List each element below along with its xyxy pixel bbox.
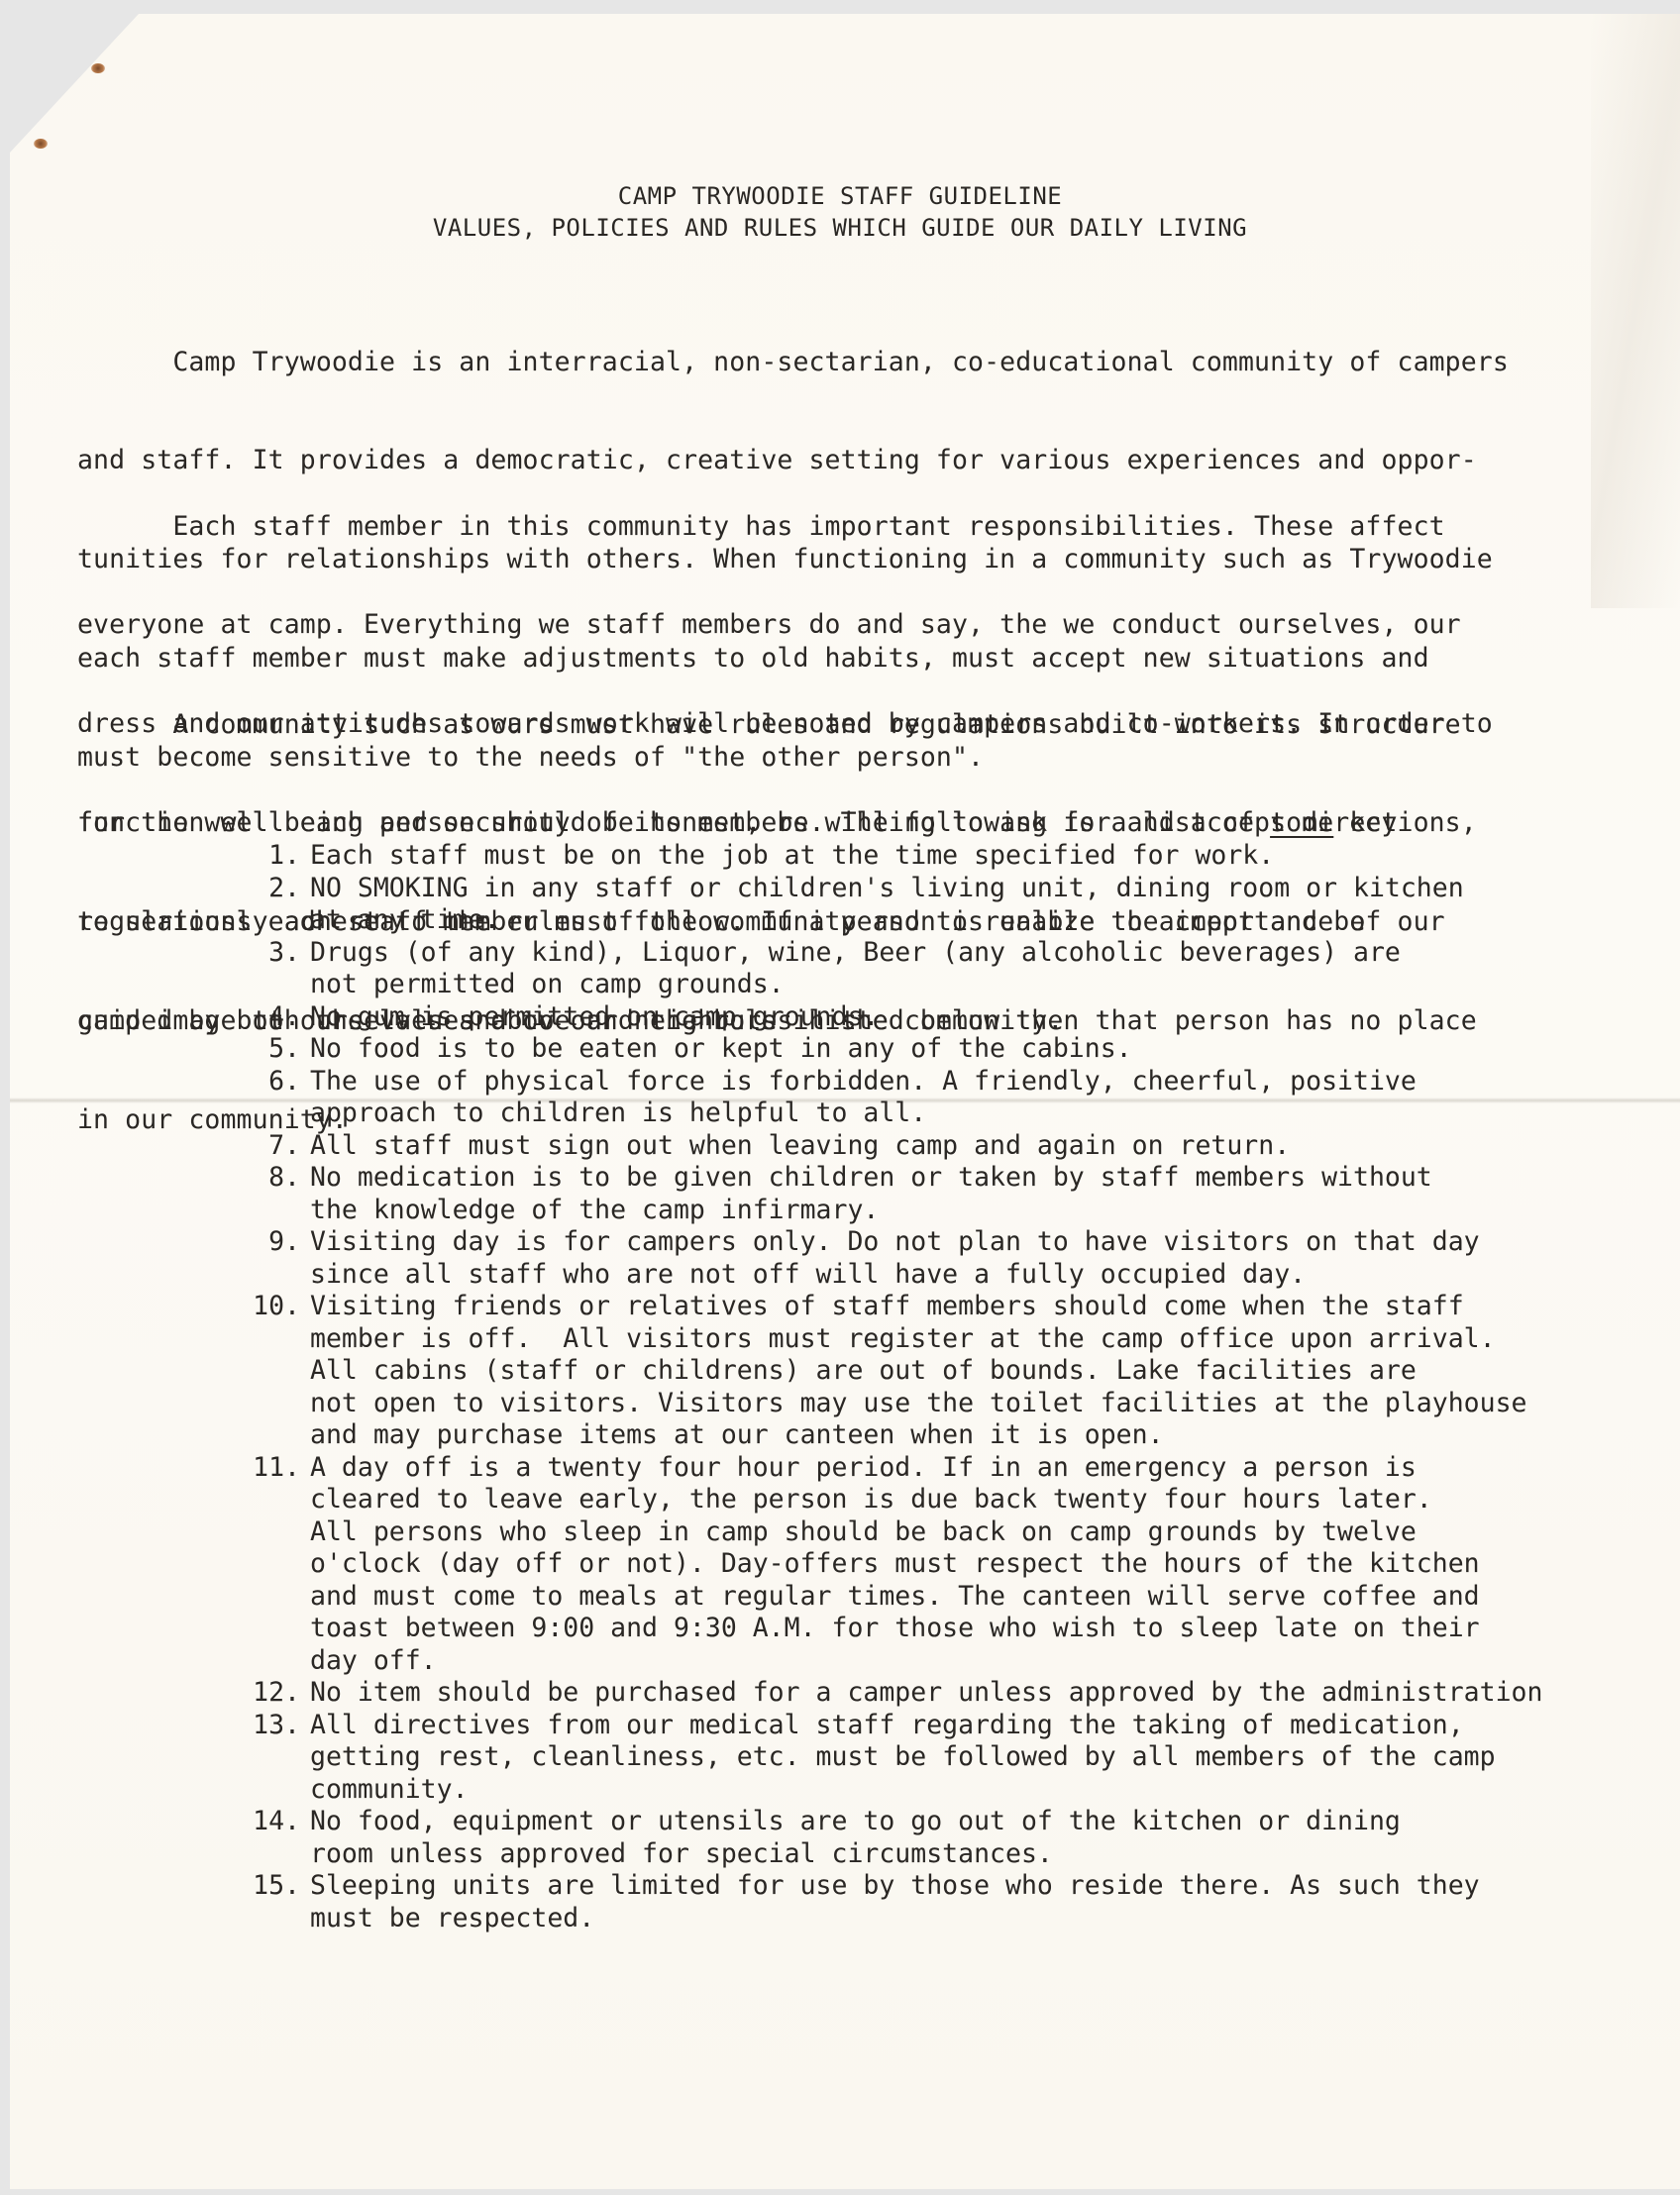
- rule-item-continuation: since all staff who are not off will hav…: [223, 1259, 1629, 1292]
- rule-number: 14.: [223, 1806, 310, 1838]
- rule-item: 5.No food is to be eaten or kept in any …: [223, 1033, 1629, 1066]
- paragraph-text: key: [1333, 807, 1397, 838]
- rule-number: 7.: [223, 1130, 310, 1163]
- rule-number: [223, 1516, 310, 1549]
- rule-text: Visiting day is for campers only. Do not…: [310, 1226, 1629, 1259]
- rule-number: [223, 1741, 310, 1774]
- rule-item: 11.A day off is a twenty four hour perio…: [223, 1452, 1629, 1485]
- rule-text: The use of physical force is forbidden. …: [310, 1066, 1629, 1098]
- rule-number: 1.: [223, 840, 310, 873]
- rule-number: [223, 1195, 310, 1227]
- paragraph-line: Each staff member in this community has …: [77, 510, 1563, 543]
- document-title: CAMP TRYWOODIE STAFF GUIDELINE: [0, 182, 1680, 210]
- rule-text: room unless approved for special circums…: [310, 1838, 1629, 1871]
- rule-item-continuation: All persons who sleep in camp should be …: [223, 1516, 1629, 1549]
- rule-item: 15.Sleeping units are limited for use by…: [223, 1870, 1629, 1903]
- rule-number: 3.: [223, 937, 310, 970]
- paragraph-line: Camp Trywoodie is an interracial, non-se…: [77, 346, 1563, 378]
- document-subtitle: VALUES, POLICIES AND RULES WHICH GUIDE O…: [0, 214, 1680, 242]
- rule-item-continuation: toast between 9:00 and 9:30 A.M. for tho…: [223, 1613, 1629, 1645]
- rule-number: [223, 1097, 310, 1130]
- rule-text: cleared to leave early, the person is du…: [310, 1484, 1629, 1516]
- rule-number: [223, 1323, 310, 1356]
- rule-text: since all staff who are not off will hav…: [310, 1259, 1629, 1292]
- rule-number: [223, 1388, 310, 1420]
- rule-number: 6.: [223, 1066, 310, 1098]
- rule-item: 4.No gum is permitted on camp grounds.: [223, 1001, 1629, 1034]
- rule-number: [223, 1548, 310, 1581]
- rule-item: 2.NO SMOKING in any staff or children's …: [223, 873, 1629, 905]
- rule-text: not permitted on camp grounds.: [310, 969, 1629, 1001]
- rules-list: 1.Each staff must be on the job at the t…: [223, 840, 1629, 1934]
- rule-number: [223, 1484, 310, 1516]
- rule-number: 11.: [223, 1452, 310, 1485]
- rule-item: 3.Drugs (of any kind), Liquor, wine, Bee…: [223, 937, 1629, 970]
- rule-text: getting rest, cleanliness, etc. must be …: [310, 1741, 1629, 1774]
- rule-number: 13.: [223, 1710, 310, 1742]
- rule-text: Drugs (of any kind), Liquor, wine, Beer …: [310, 937, 1629, 970]
- rule-item: 8.No medication is to be given children …: [223, 1162, 1629, 1195]
- staple-rust-mark: [34, 139, 48, 149]
- rule-item-continuation: not permitted on camp grounds.: [223, 969, 1629, 1001]
- rule-item: 10.Visiting friends or relatives of staf…: [223, 1291, 1629, 1323]
- rule-text: All cabins (staff or childrens) are out …: [310, 1355, 1629, 1388]
- rule-number: [223, 1259, 310, 1292]
- rule-text: member is off. All visitors must registe…: [310, 1323, 1629, 1356]
- rule-text: All persons who sleep in camp should be …: [310, 1516, 1629, 1549]
- rule-item-continuation: cleared to leave early, the person is du…: [223, 1484, 1629, 1516]
- rule-number: [223, 904, 310, 937]
- rule-number: 15.: [223, 1870, 310, 1903]
- rule-item: 9.Visiting day is for campers only. Do n…: [223, 1226, 1629, 1259]
- rule-item-continuation: day off.: [223, 1645, 1629, 1678]
- rule-text: o'clock (day off or not). Day-offers mus…: [310, 1548, 1629, 1581]
- paragraph-text: for the well being and security of its m…: [77, 807, 1270, 838]
- underlined-emphasis: some: [1270, 807, 1333, 838]
- rule-number: [223, 1613, 310, 1645]
- rule-item-continuation: All cabins (staff or childrens) are out …: [223, 1355, 1629, 1388]
- rule-text: Visiting friends or relatives of staff m…: [310, 1291, 1629, 1323]
- rule-text: A day off is a twenty four hour period. …: [310, 1452, 1629, 1485]
- rule-item-continuation: must be respected.: [223, 1903, 1629, 1935]
- rule-number: 10.: [223, 1291, 310, 1323]
- rule-text: at any time.: [310, 904, 1629, 937]
- paragraph-line: everyone at camp. Everything we staff me…: [77, 608, 1563, 641]
- rule-text: and may purchase items at our canteen wh…: [310, 1419, 1629, 1452]
- rule-text: must be respected.: [310, 1903, 1629, 1935]
- rule-item-continuation: getting rest, cleanliness, etc. must be …: [223, 1741, 1629, 1774]
- rule-item-continuation: not open to visitors. Visitors may use t…: [223, 1388, 1629, 1420]
- rule-text: NO SMOKING in any staff or children's li…: [310, 873, 1629, 905]
- rule-number: 4.: [223, 1001, 310, 1034]
- rule-number: [223, 969, 310, 1001]
- rule-item-continuation: and must come to meals at regular times.…: [223, 1581, 1629, 1614]
- rule-text: All directives from our medical staff re…: [310, 1710, 1629, 1742]
- rule-text: No item should be purchased for a camper…: [310, 1677, 1629, 1710]
- rule-number: 2.: [223, 873, 310, 905]
- rule-item: 12.No item should be purchased for a cam…: [223, 1677, 1629, 1710]
- rule-text: toast between 9:00 and 9:30 A.M. for tho…: [310, 1613, 1629, 1645]
- rule-item-continuation: room unless approved for special circums…: [223, 1838, 1629, 1871]
- rule-text: Each staff must be on the job at the tim…: [310, 840, 1629, 873]
- rule-text: the knowledge of the camp infirmary.: [310, 1195, 1629, 1227]
- rule-text: Sleeping units are limited for use by th…: [310, 1870, 1629, 1903]
- rule-number: [223, 1581, 310, 1614]
- rule-text: community.: [310, 1774, 1629, 1807]
- rule-number: [223, 1774, 310, 1807]
- rule-item-continuation: member is off. All visitors must registe…: [223, 1323, 1629, 1356]
- rule-text: All staff must sign out when leaving cam…: [310, 1130, 1629, 1163]
- rule-item: 7.All staff must sign out when leaving c…: [223, 1130, 1629, 1163]
- rule-item: 1.Each staff must be on the job at the t…: [223, 840, 1629, 873]
- rule-text: No food is to be eaten or kept in any of…: [310, 1033, 1629, 1066]
- rule-number: [223, 1355, 310, 1388]
- rule-number: [223, 1838, 310, 1871]
- rule-item-continuation: the knowledge of the camp infirmary.: [223, 1195, 1629, 1227]
- rule-number: 8.: [223, 1162, 310, 1195]
- rule-number: 12.: [223, 1677, 310, 1710]
- rule-text: not open to visitors. Visitors may use t…: [310, 1388, 1629, 1420]
- rule-text: and must come to meals at regular times.…: [310, 1581, 1629, 1614]
- rule-text: day off.: [310, 1645, 1629, 1678]
- rule-text: No food, equipment or utensils are to go…: [310, 1806, 1629, 1838]
- rule-number: 9.: [223, 1226, 310, 1259]
- rule-text: No medication is to be given children or…: [310, 1162, 1629, 1195]
- rule-number: [223, 1645, 310, 1678]
- staple-rust-mark: [91, 63, 105, 73]
- rule-item-continuation: and may purchase items at our canteen wh…: [223, 1419, 1629, 1452]
- rule-number: [223, 1419, 310, 1452]
- rule-text: No gum is permitted on camp grounds.: [310, 1001, 1629, 1034]
- rule-number: 5.: [223, 1033, 310, 1066]
- paragraph-line: for the well being and security of its m…: [77, 806, 1563, 839]
- rule-text: approach to children is helpful to all.: [310, 1097, 1629, 1130]
- paragraph-line: A community such as ours must have rules…: [77, 708, 1563, 741]
- rule-item: 6.The use of physical force is forbidden…: [223, 1066, 1629, 1098]
- rule-item: 13.All directives from our medical staff…: [223, 1710, 1629, 1742]
- rule-item: 14.No food, equipment or utensils are to…: [223, 1806, 1629, 1838]
- rule-item-continuation: at any time.: [223, 904, 1629, 937]
- rule-number: [223, 1903, 310, 1935]
- rule-item-continuation: approach to children is helpful to all.: [223, 1097, 1629, 1130]
- paper-shading: [1591, 14, 1680, 608]
- rule-item-continuation: o'clock (day off or not). Day-offers mus…: [223, 1548, 1629, 1581]
- rule-item-continuation: community.: [223, 1774, 1629, 1807]
